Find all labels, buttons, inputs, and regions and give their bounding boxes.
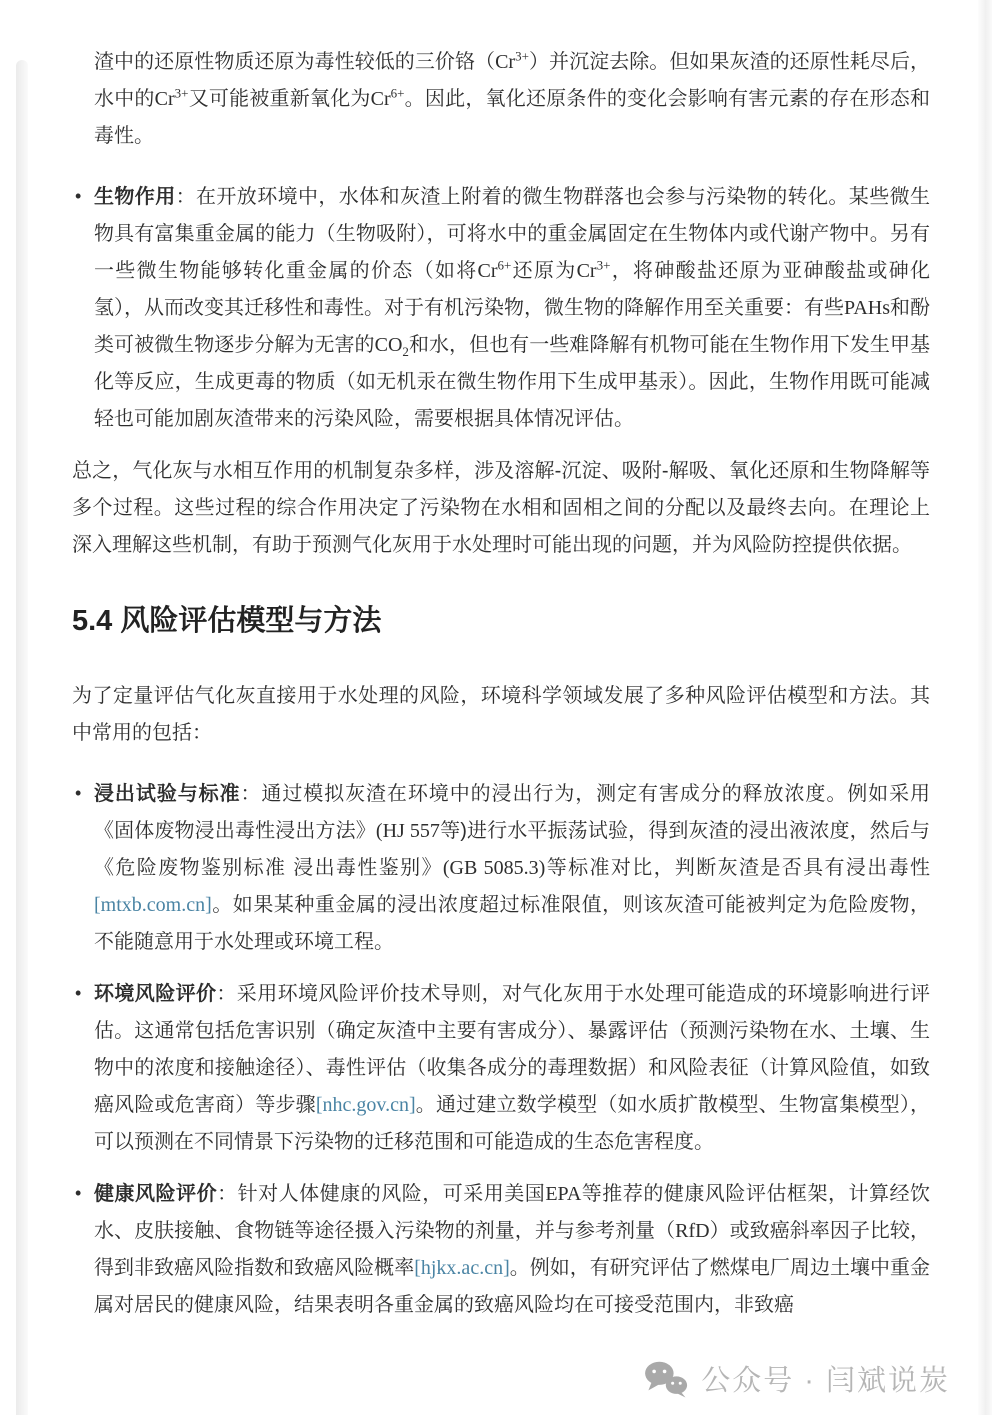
term-label: 环境风险评价	[94, 983, 216, 1005]
bullet-marker: •	[75, 775, 81, 812]
bullet-marker: •	[75, 178, 81, 215]
citation-link[interactable]: [mtxb.com.cn]	[94, 894, 212, 916]
text-run: 3+	[515, 48, 529, 63]
text-run: Cr	[577, 260, 597, 282]
bullet-health-risk: •健康风险评价：针对人体健康的风险，可采用美国EPA等推荐的健康风险评估框架，计…	[72, 1176, 930, 1324]
bullet-marker: •	[75, 975, 81, 1012]
text-run: EPA	[545, 1183, 581, 1205]
section-heading-5-4: 5.4 风险评估模型与方法	[72, 602, 930, 640]
bullet-leaching-tests: •浸出试验与标准：通过模拟灰渣在环境中的浸出行为，测定有害成分的释放浓度。例如采…	[72, 776, 930, 961]
bullet-biological-action: •生物作用：在开放环境中，水体和灰渣上附着的微生物群落也会参与污染物的转化。某些…	[72, 179, 930, 438]
text-run: Cr	[155, 88, 175, 110]
text-run: 渣中的还原性物质还原为毒性较低的三价铬（	[94, 51, 495, 73]
text-run: 等标准对比，判断灰渣是否具有浸出毒性	[545, 857, 930, 879]
page-left-edge	[16, 60, 28, 1415]
text-run: 3+	[175, 85, 189, 100]
wechat-watermark: 公众号 · 闫斌说炭	[643, 1358, 950, 1399]
page-right-edge	[978, 0, 992, 1415]
text-run: ：针对人体健康的风险，可采用美国	[217, 1183, 545, 1205]
bullet-environmental-risk: •环境风险评价：采用环境风险评价技术导则，对气化灰用于水处理可能造成的环境影响进…	[72, 976, 930, 1161]
term-label: 浸出试验与标准	[94, 783, 240, 805]
text-run: (GB 5085.3)	[443, 857, 545, 879]
document-body: 渣中的还原性物质还原为毒性较低的三价铬（Cr3+）并沉淀去除。但如果灰渣的还原性…	[72, 44, 930, 1339]
text-run: 。如果某种重金属的浸出浓度超过标准限值，则该灰渣可能被判定为危险废物，不能随意用…	[94, 894, 930, 953]
bullet-marker: •	[75, 1175, 81, 1212]
citation-link[interactable]: [hjkx.ac.cn]	[414, 1257, 510, 1279]
text-run: 又可能被重新氧化为	[188, 88, 370, 110]
text-run: 6+	[391, 85, 405, 100]
term-label: 健康风险评价	[94, 1183, 217, 1205]
text-run: Cr	[478, 260, 498, 282]
text-run: 总之，气化灰与水相互作用的机制复杂多样，涉及溶解-沉淀、吸附-解吸、氧化还原和生…	[72, 460, 930, 556]
text-run: Cr	[495, 51, 515, 73]
term-label: 生物作用	[94, 186, 176, 208]
text-run: CO	[375, 334, 403, 356]
text-run: 为了定量评估气化灰直接用于水处理的风险，环境科学领域发展了多种风险评估模型和方法…	[72, 685, 930, 744]
text-run: 3+	[597, 257, 611, 272]
text-run: Cr	[371, 88, 391, 110]
text-run: PAHs	[844, 297, 890, 319]
citation-link[interactable]: [nhc.gov.cn]	[316, 1094, 416, 1116]
paragraph-redox-continuation: 渣中的还原性物质还原为毒性较低的三价铬（Cr3+）并沉淀去除。但如果灰渣的还原性…	[72, 44, 930, 155]
wechat-icon	[643, 1360, 689, 1398]
text-run: (HJ 557	[376, 820, 440, 842]
text-run: 6+	[498, 257, 512, 272]
text-run: RfD	[675, 1220, 709, 1242]
paragraph-intro-methods: 为了定量评估气化灰直接用于水处理的风险，环境科学领域发展了多种风险评估模型和方法…	[72, 678, 930, 752]
paragraph-summary: 总之，气化灰与水相互作用的机制复杂多样，涉及溶解-沉淀、吸附-解吸、氧化还原和生…	[72, 453, 930, 564]
text-run: 还原为	[511, 260, 576, 282]
watermark-label: 公众号 · 闫斌说炭	[701, 1358, 950, 1399]
